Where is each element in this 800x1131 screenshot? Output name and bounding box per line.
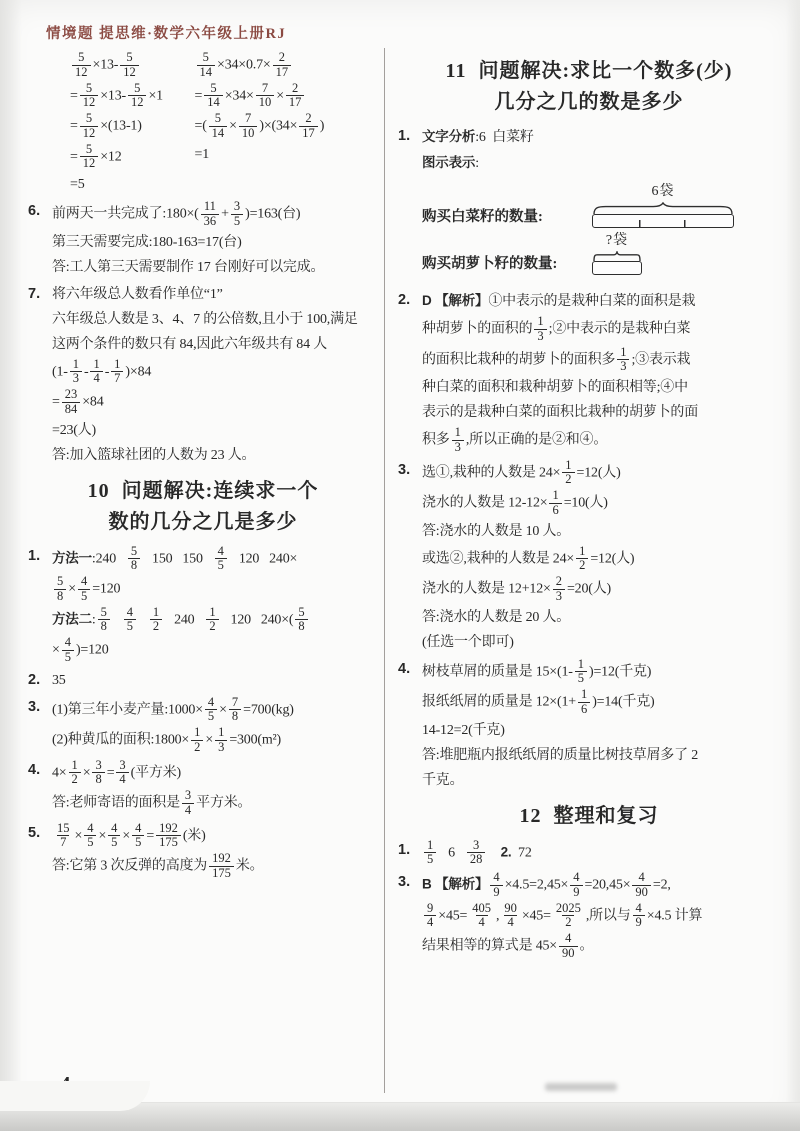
answer-item: 5.157×45×45×45=192175(米)答:它第 3 次反弹的高度为19… (28, 821, 378, 882)
answer-line: 前两天一共完成了:180×(1136+35)=163(台) (52, 199, 378, 230)
fraction: 514 (204, 82, 223, 111)
fraction: 49 (490, 871, 502, 900)
item-number: 1. (398, 124, 422, 176)
item-body: D 【解析】①中表示的是栽种白菜的面积是栽种胡萝卜的面积的13;②中表示的是栽种… (422, 288, 780, 456)
fraction: 94 (424, 902, 436, 931)
item-number: 6. (28, 199, 52, 280)
fraction: 45 (108, 822, 120, 851)
answer-line: 答:工人第三天需要制作 17 台刚好可以完成。 (52, 255, 378, 280)
item-body: 树枝草屑的质量是 15×(1-15)=12(千克)报纸纸屑的质量是 12×(1+… (422, 657, 780, 793)
answer-line: 14-12=2(千克) (422, 718, 780, 743)
answer-line: (2)种黄瓜的面积:1800×12×13=300(m²) (52, 725, 378, 756)
answer-line: 15 6 328 2. 72 (422, 838, 780, 869)
section-heading: 11 问题解决:求比一个数多(少)几分之几的数是多少 (398, 56, 780, 118)
answer-line: 浇水的人数是 12-12×16=10(人) (422, 488, 780, 519)
fraction: 45 (132, 822, 144, 851)
section-heading-line: 几分之几的数是多少 (398, 87, 780, 118)
fraction: 12 (191, 726, 203, 755)
fraction: 15 (575, 658, 587, 687)
item-number: 3. (398, 458, 422, 655)
answer-item: 1.15 6 328 2. 72 (398, 838, 780, 869)
fraction: 13 (617, 346, 629, 375)
math-line: 512×13-512 (70, 50, 193, 81)
fraction: 14 (90, 358, 102, 387)
answer-line: 种白菜的面积和栽种胡萝卜的面积相等;④中 (422, 375, 780, 400)
fraction: 35 (231, 200, 243, 229)
item-number: 1. (28, 544, 52, 666)
answer-item: 6.前两天一共完成了:180×(1136+35)=163(台)第三天需要完成:1… (28, 199, 378, 280)
item-number: 3. (398, 870, 422, 962)
fraction: 15 (424, 839, 436, 868)
equation-column-right: 514×34×0.7×217=514×34×710×217=(514×710)×… (193, 50, 379, 197)
answer-line: (1-13-14-17)×84 (52, 357, 378, 388)
fraction: 710 (256, 82, 275, 111)
fraction: 16 (549, 489, 561, 518)
answer-line: 答:它第 3 次反弹的高度为192175米。 (52, 851, 378, 882)
fraction: 34 (116, 759, 128, 788)
left-column: 512×13-512=512×13-512×1=512×(13-1)=512×1… (28, 48, 384, 1093)
fraction: 490 (632, 871, 651, 900)
item-body: 前两天一共完成了:180×(1136+35)=163(台)第三天需要完成:180… (52, 199, 378, 280)
fraction: 12 (576, 545, 588, 574)
answer-line: 表示的是栽种白菜的面积比栽种的胡萝卜的面 (422, 400, 780, 425)
math-line: =514×34×710×217 (195, 81, 379, 112)
answer-line: 千克。 (422, 768, 780, 793)
fraction: 512 (80, 112, 99, 141)
math-line: =5 (70, 172, 193, 197)
fraction: 58 (128, 545, 140, 574)
fraction: 12 (206, 606, 218, 635)
fraction: 23 (553, 575, 565, 604)
fraction: 217 (286, 82, 305, 111)
math-line: =512×(13-1) (70, 111, 193, 142)
diagram-label-carrot: 购买胡萝卜籽的数量: (422, 253, 582, 275)
bar-count-label: ?袋 (606, 231, 628, 251)
answer-line: =2384×84 (52, 387, 378, 418)
item-body: 选①,栽种的人数是 24×12=12(人)浇水的人数是 12-12×16=10(… (422, 458, 780, 655)
answer-line: 4×12×38=34(平方米) (52, 758, 378, 789)
diagram-item: 购买白菜籽的数量:6袋购买胡萝卜籽的数量:?袋 (398, 178, 780, 286)
answer-line: 六年级总人数是 3、4、7 的公倍数,且小于 100,满足 (52, 307, 378, 332)
brace-icon (593, 202, 733, 214)
math-line: 514×34×0.7×217 (195, 50, 379, 81)
page-edge-shading-right (786, 0, 800, 1131)
math-line: =512×12 (70, 142, 193, 173)
diagram-row-cabbage: 购买白菜籽的数量:6袋 (422, 182, 780, 228)
fraction: 58 (98, 606, 110, 635)
fraction: 49 (633, 902, 645, 931)
item-body: (1)第三年小麦产量:1000×45×78=700(kg)(2)种黄瓜的面积:1… (52, 695, 378, 756)
answer-line: 报纸纸屑的质量是 12×(1+16)=14(千克) (422, 687, 780, 718)
item-number: 2. (398, 288, 422, 456)
answer-item: 3.B 【解析】49×4.5=2,45×49=20,45×490=2,94×45… (398, 870, 780, 962)
answer-line: 答:加入篮球社团的人数为 23 人。 (52, 443, 378, 468)
answer-item: 1.文字分析:6 白菜籽图示表示: (398, 124, 780, 176)
answer-line: 的面积比栽种的胡萝卜的面积多13;③表示栽 (422, 345, 780, 376)
item-body: B 【解析】49×4.5=2,45×49=20,45×490=2,94×45=4… (422, 870, 780, 962)
fraction: 49 (570, 871, 582, 900)
answer-line: 树枝草屑的质量是 15×(1-15)=12(千克) (422, 657, 780, 688)
bar-count-label: 6袋 (652, 182, 675, 202)
answer-item: 4.树枝草屑的质量是 15×(1-15)=12(千克)报纸纸屑的质量是 12×(… (398, 657, 780, 793)
watermark-smudge (545, 1083, 617, 1091)
fraction: 192175 (209, 852, 234, 881)
answer-line: ×45)=120 (52, 635, 378, 666)
item-number: 5. (28, 821, 52, 882)
item-body: 将六年级总人数看作单位“1”六年级总人数是 3、4、7 的公倍数,且小于 100… (52, 282, 378, 468)
right-column: 11 问题解决:求比一个数多(少)几分之几的数是多少1.文字分析:6 白菜籽图示… (384, 48, 780, 1093)
answer-line: 结果相等的算式是 45×490。 (422, 931, 780, 962)
answer-item: 7.将六年级总人数看作单位“1”六年级总人数是 3、4、7 的公倍数,且小于 1… (28, 282, 378, 468)
fraction: 1136 (201, 200, 220, 229)
answer-line: 答:浇水的人数是 20 人。 (422, 605, 780, 630)
answer-line: 答:浇水的人数是 10 人。 (422, 519, 780, 544)
answer-line: 将六年级总人数看作单位“1” (52, 282, 378, 307)
answer-line: (1)第三年小麦产量:1000×45×78=700(kg) (52, 695, 378, 726)
answer-line: (任选一个即可) (422, 630, 780, 655)
tape-diagram-bar-small (592, 261, 642, 275)
answer-item: 1.方法一:240 58 150 150 45 120 240×58×45=12… (28, 544, 378, 666)
section-heading-line: 10 问题解决:连续求一个 (28, 476, 378, 507)
scan-edge-wedge (0, 1081, 150, 1111)
answer-line: 种胡萝卜的面积的13;②中表示的是栽种白菜 (422, 314, 780, 345)
fraction: 16 (578, 688, 590, 717)
section-heading: 12 整理和复习 (398, 801, 780, 832)
diagram-row-carrot: 购买胡萝卜籽的数量:?袋 (422, 231, 780, 275)
fraction: 38 (92, 759, 104, 788)
equation-column-left: 512×13-512=512×13-512×1=512×(13-1)=512×1… (28, 50, 193, 197)
answer-line: 第三天需要完成:180-163=17(台) (52, 230, 378, 255)
item-number: 4. (28, 758, 52, 819)
answer-line: 选①,栽种的人数是 24×12=12(人) (422, 458, 780, 489)
fraction: 512 (72, 51, 91, 80)
fraction: 13 (70, 358, 82, 387)
item-number: 7. (28, 282, 52, 468)
section-heading: 10 问题解决:连续求一个数的几分之几是多少 (28, 476, 378, 538)
section-heading-line: 数的几分之几是多少 (28, 507, 378, 538)
answer-line: 157×45×45×45=192175(米) (52, 821, 378, 852)
fraction: 328 (467, 839, 486, 868)
answer-line: 方法二:58 45 12 240 12 120 240×(58 (52, 605, 378, 636)
answer-line: 答:老师寄语的面积是34平方米。 (52, 788, 378, 819)
answer-line: 35 (52, 668, 378, 693)
fraction: 45 (84, 822, 96, 851)
section-heading-line: 12 整理和复习 (398, 801, 780, 832)
fraction: 157 (54, 822, 73, 851)
math-line: =1 (195, 142, 379, 167)
answer-item: 3.选①,栽种的人数是 24×12=12(人)浇水的人数是 12-12×16=1… (398, 458, 780, 655)
answer-item: 3.(1)第三年小麦产量:1000×45×78=700(kg)(2)种黄瓜的面积… (28, 695, 378, 756)
fraction: 514 (197, 51, 216, 80)
item-number (398, 178, 422, 286)
answer-line: 或选②,栽种的人数是 24×12=12(人) (422, 544, 780, 575)
fraction: 710 (239, 112, 258, 141)
answer-line: 图示表示: (422, 150, 780, 176)
tape-diagram: 购买白菜籽的数量:6袋购买胡萝卜籽的数量:?袋 (422, 182, 780, 278)
fraction: 2384 (62, 388, 81, 417)
fraction: 512 (80, 82, 99, 111)
diagram-label-cabbage: 购买白菜籽的数量: (422, 206, 582, 228)
book-header: 情境题 提思维·数学六年级上册RJ (46, 22, 286, 43)
item-number: 1. (398, 838, 422, 869)
fraction: 12 (69, 759, 81, 788)
content-columns: 512×13-512=512×13-512×1=512×(13-1)=512×1… (28, 48, 780, 1093)
answer-line: 答:堆肥瓶内报纸纸屑的质量比树技草屑多了 2 (422, 743, 780, 768)
fraction: 12 (562, 459, 574, 488)
fraction: 217 (273, 51, 292, 80)
answer-item: 2.D 【解析】①中表示的是栽种白菜的面积是栽种胡萝卜的面积的13;②中表示的是… (398, 288, 780, 456)
page-edge-shading-left (0, 0, 22, 1131)
fraction: 512 (128, 82, 147, 111)
fraction: 4054 (469, 902, 494, 931)
bar-assembly-carrot: ?袋 (592, 231, 642, 275)
fraction: 58 (54, 575, 66, 604)
fraction: 13 (534, 315, 546, 344)
brace-icon (593, 251, 641, 261)
answer-line: 这两个条件的数只有 84,因此六年级共有 84 人 (52, 332, 378, 357)
math-line: =(514×710)×(34×217) (195, 111, 379, 142)
answer-line: 浇水的人数是 12+12×23=20(人) (422, 574, 780, 605)
worked-equations: 512×13-512=512×13-512×1=512×(13-1)=512×1… (28, 50, 378, 197)
fraction: 13 (215, 726, 227, 755)
item-body: 4×12×38=34(平方米)答:老师寄语的面积是34平方米。 (52, 758, 378, 819)
fraction: 514 (209, 112, 228, 141)
answer-line: 58×45=120 (52, 574, 378, 605)
answer-line: =23(人) (52, 418, 378, 443)
fraction: 34 (182, 789, 194, 818)
workbook-answer-page: 情境题 提思维·数学六年级上册RJ 512×13-512=512×13-512×… (0, 0, 800, 1131)
answer-line: D 【解析】①中表示的是栽种白菜的面积是栽 (422, 288, 780, 314)
tape-diagram-bar-large (592, 214, 734, 228)
fraction: 13 (452, 426, 464, 455)
item-body: 157×45×45×45=192175(米)答:它第 3 次反弹的高度为1921… (52, 821, 378, 882)
fraction: 45 (124, 606, 136, 635)
answer-line: 94×45=4054,904×45=20252,所以与49×4.5 计算 (422, 901, 780, 932)
item-body: 文字分析:6 白菜籽图示表示: (422, 124, 780, 176)
answer-item: 2.35 (28, 668, 378, 693)
fraction: 512 (120, 51, 139, 80)
fraction: 512 (80, 143, 99, 172)
answer-line: 积多13,所以正确的是②和④。 (422, 425, 780, 456)
fraction: 78 (229, 696, 241, 725)
answer-line: 文字分析:6 白菜籽 (422, 124, 780, 150)
item-body: 35 (52, 668, 378, 693)
item-number: 2. (28, 668, 52, 693)
fraction: 45 (78, 575, 90, 604)
section-heading-line: 11 问题解决:求比一个数多(少) (398, 56, 780, 87)
fraction: 17 (111, 358, 123, 387)
item-body: 15 6 328 2. 72 (422, 838, 780, 869)
item-body: 方法一:240 58 150 150 45 120 240×58×45=120方… (52, 544, 378, 666)
answer-line: 方法一:240 58 150 150 45 120 240× (52, 544, 378, 575)
fraction: 490 (559, 932, 578, 961)
fraction: 192175 (156, 822, 181, 851)
fraction: 12 (150, 606, 162, 635)
math-line: =512×13-512×1 (70, 81, 193, 112)
bar-assembly-cabbage: 6袋 (592, 182, 734, 228)
answer-line: B 【解析】49×4.5=2,45×49=20,45×490=2, (422, 870, 780, 901)
fraction: 45 (205, 696, 217, 725)
fraction: 904 (501, 902, 520, 931)
answer-item: 4.4×12×38=34(平方米)答:老师寄语的面积是34平方米。 (28, 758, 378, 819)
item-number: 4. (398, 657, 422, 793)
fraction: 45 (215, 545, 227, 574)
fraction: 20252 (553, 902, 584, 931)
fraction: 217 (299, 112, 318, 141)
fraction: 58 (295, 606, 307, 635)
item-number: 3. (28, 695, 52, 756)
fraction: 45 (62, 636, 74, 665)
